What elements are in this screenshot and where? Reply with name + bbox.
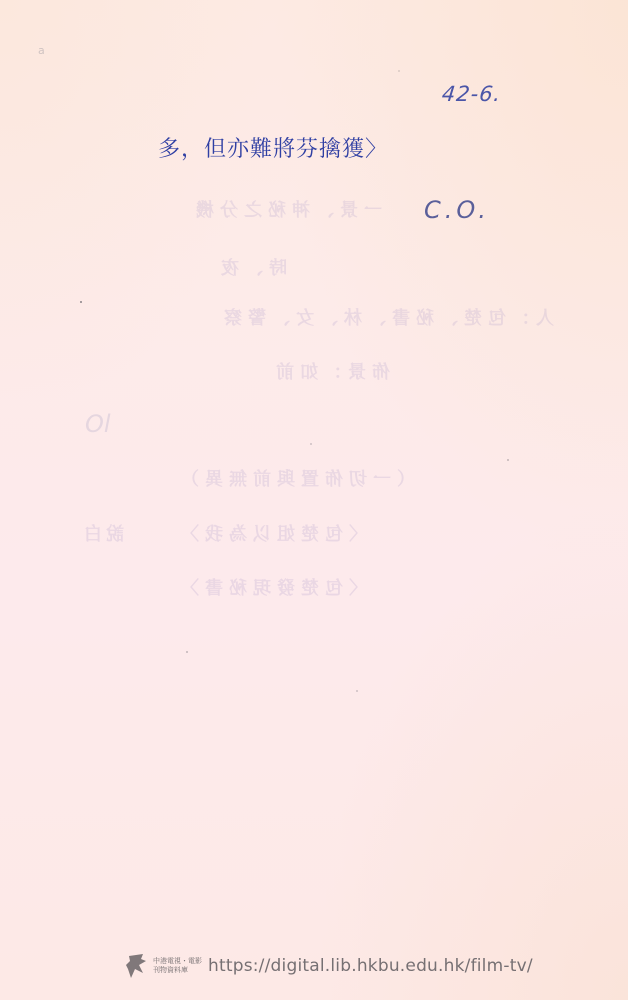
faint-margin-mark: Ol (85, 410, 111, 438)
bleed-through-line: 〈包楚發現秘書〉 (175, 574, 367, 600)
handwritten-line: 多，但亦難將芬擒獲〉 (158, 132, 388, 163)
logo-text-line1: 中港電視・電影 (153, 957, 202, 966)
bleed-through-line: 說白 (80, 520, 124, 546)
ink-speck (310, 443, 312, 445)
logo-text-line2: 刊物資料庫 (153, 966, 202, 975)
ink-speck (186, 651, 188, 653)
ink-speck (507, 459, 509, 461)
archive-logo-text: 中港電視・電影 刊物資料庫 (153, 957, 202, 975)
ink-speck (80, 301, 82, 303)
film-tv-archive-logo-icon (125, 953, 147, 979)
bleed-through-line: （一切佈置與前無異） (175, 465, 415, 491)
bleed-through-line: 佈景：如前 (270, 358, 390, 384)
margin-note: C.O. (424, 196, 490, 224)
bleed-through-line: 一景、神秘之分機 (190, 196, 382, 222)
page-number: 42-6. (441, 82, 503, 106)
corner-mark: a (38, 44, 45, 57)
archive-watermark: 中港電視・電影 刊物資料庫 https://digital.lib.hkbu.e… (125, 953, 533, 979)
archive-url-link[interactable]: https://digital.lib.hkbu.edu.hk/film-tv/ (208, 956, 533, 976)
bleed-through-line: 時、夜 (215, 254, 287, 280)
ink-speck (356, 690, 358, 692)
bleed-through-line: 人：包楚、秘書、林、女、警察 (218, 304, 554, 330)
scanned-manuscript-page: a 一景、神秘之分機 時、夜 人：包楚、秘書、林、女、警察 佈景：如前 （一切佈… (0, 0, 628, 1000)
bleed-through-line: 〈包楚姐以為我〉 (175, 520, 367, 546)
ink-speck (398, 70, 400, 72)
